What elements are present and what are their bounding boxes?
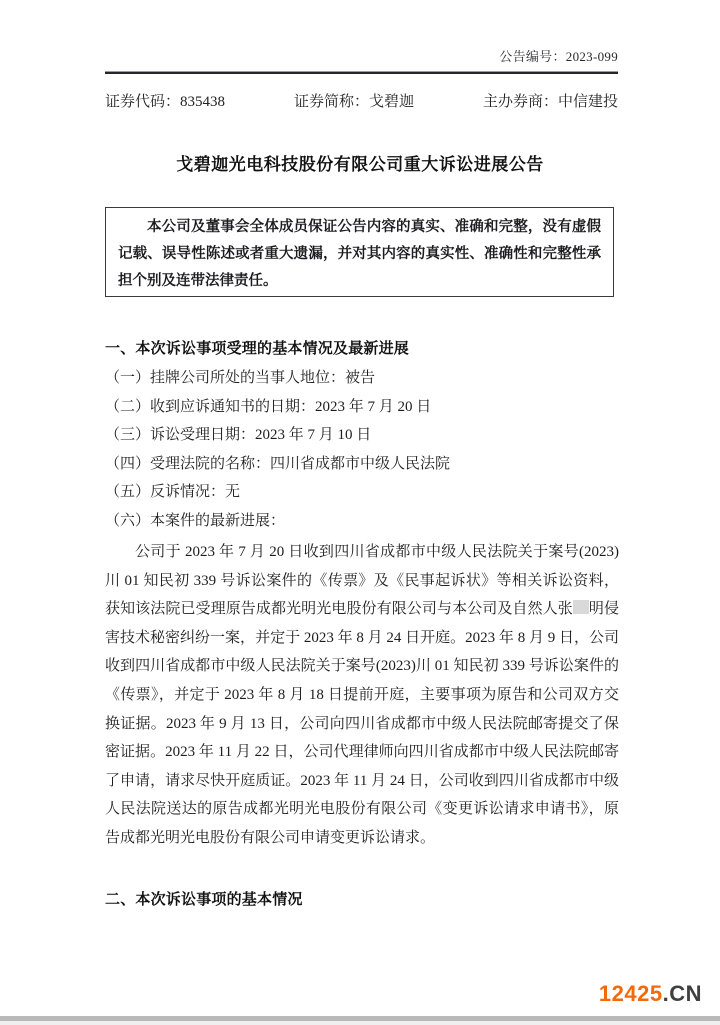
- progress-text-part2: 明侵害技术秘密纠纷一案，并定于 2023 年 8 月 24 日开庭。2023 年…: [105, 601, 619, 846]
- section-1-item-list: （一）挂牌公司所处的当事人地位：被告 （二）收到应诉通知书的日期：2023 年 …: [105, 364, 618, 536]
- list-item-party-status: （一）挂牌公司所处的当事人地位：被告: [105, 364, 618, 393]
- list-item-court-name: （四）受理法院的名称：四川省成都市中级人民法院: [105, 450, 618, 479]
- list-item-notice-date: （二）收到应诉通知书的日期：2023 年 7 月 20 日: [105, 393, 618, 422]
- sponsor-text: 主办券商：中信建投: [483, 90, 618, 111]
- progress-paragraph: 公司于 2023 年 7 月 20 日收到四川省成都市中级人民法院关于案号(20…: [105, 538, 619, 853]
- progress-text-part1: 公司于 2023 年 7 月 20 日收到四川省成都市中级人民法院关于案号(20…: [105, 544, 619, 617]
- watermark-logo: 12425.CN: [599, 981, 702, 1007]
- list-item-latest-progress: （六）本案件的最新进展：: [105, 507, 618, 536]
- header-divider-rule: [105, 71, 618, 74]
- page-bottom-edge-light: [0, 1021, 720, 1025]
- announcement-number: 公告编号：2023-099: [499, 46, 618, 65]
- disclaimer-text: 本公司及董事会全体成员保证公告内容的真实、准确和完整，没有虚假记载、误导性陈述或…: [118, 214, 601, 295]
- redaction-block: [573, 600, 589, 614]
- stock-code-text: 证券代码：835438: [105, 90, 225, 111]
- watermark-suffix: .CN: [663, 981, 702, 1006]
- document-title: 戈碧迦光电科技股份有限公司重大诉讼进展公告: [0, 150, 720, 175]
- section-1-heading: 一、本次诉讼事项受理的基本情况及最新进展: [105, 337, 618, 358]
- list-item-counterclaim: （五）反诉情况：无: [105, 478, 618, 507]
- stock-abbr-text: 证券简称：戈碧迦: [294, 90, 414, 111]
- disclaimer-box: 本公司及董事会全体成员保证公告内容的真实、准确和完整，没有虚假记载、误导性陈述或…: [105, 207, 614, 297]
- announcement-document-page: 公告编号：2023-099 证券代码：835438 证券简称：戈碧迦 主办券商：…: [0, 0, 720, 1025]
- section-2-heading: 二、本次诉讼事项的基本情况: [105, 888, 618, 909]
- securities-header-row: 证券代码：835438 证券简称：戈碧迦 主办券商：中信建投: [105, 90, 618, 111]
- list-item-acceptance-date: （三）诉讼受理日期：2023 年 7 月 10 日: [105, 421, 618, 450]
- watermark-number: 12425: [599, 981, 663, 1006]
